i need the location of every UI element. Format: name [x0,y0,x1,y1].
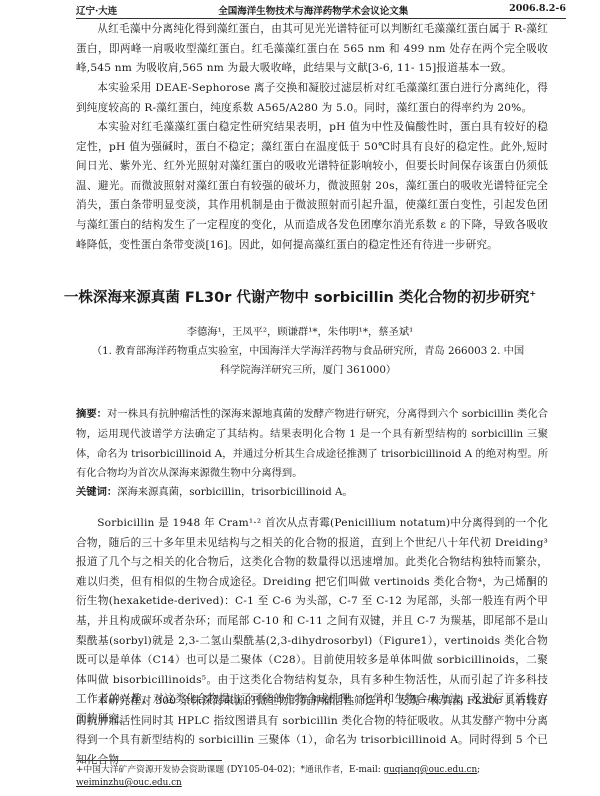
footnote-separator: ; [477,765,480,775]
title-footnote-mark: + [529,289,536,298]
keywords-label: 关键词： [76,486,117,498]
abstract-text: 对一株具有抗肿瘤活性的深海来源地真菌的发酵产物进行研究，分离得到六个 sorbi… [76,408,548,479]
email-link-2[interactable]: weiminzhu@ouc.edu.cn [76,778,182,788]
keywords-text: 深海来源真菌，sorbicillin，trisorbicillinoid A。 [117,486,353,498]
keywords: 关键词：深海来源真菌，sorbicillin，trisorbicillinoid… [76,483,548,498]
email-link-1[interactable]: guqianq@ouc.edu.cn [383,765,477,775]
abstract-label: 摘要： [76,408,107,420]
header-date: 2006.8.2-6 [509,3,566,17]
body-paragraph-2: 本研究在对 300 余株深海来源的微生物的抗肿瘤活性筛选中，发现一株真菌 FL3… [76,692,548,770]
prev-paragraph-1: 从红毛藻中分离纯化得到藻红蛋白，由其可见光光谱特征可以判断红毛藻藻红蛋白属于 R… [76,20,548,79]
affiliation-line-2: 科学院海洋研究三所，厦门 361000） [88,361,528,380]
prev-paragraph-3: 本实验对红毛藻藻红蛋白稳定性研究结果表明，pH 值为中性及偏酸性时，蛋白具有较好… [76,118,548,255]
header-location: 辽宁·大连 [76,3,117,17]
header-proceedings-title: 全国海洋生物技术与海洋药物学术会议论文集 [218,3,408,17]
article-title-text: 一株深海来源真菌 FL30r 代谢产物中 sorbicillin 类化合物的初步… [64,290,530,306]
affiliation-line-1: （1. 教育部海洋药物重点实验室，中国海洋大学海洋药物与食品研究所，青岛 266… [88,342,528,361]
affiliations: （1. 教育部海洋药物重点实验室，中国海洋大学海洋药物与食品研究所，青岛 266… [88,342,528,380]
footnote-rule [76,760,222,761]
header-rule [76,18,566,19]
prev-paragraph-2: 本实验采用 DEAE-Sephorose 离子交换和凝胶过滤层析对红毛藻藻红蛋白… [76,79,548,118]
footnote: +中国大洋矿产资源开发协会资助课题 (DY105-04-02)；*通讯作者，E-… [76,764,556,790]
authors: 李德海¹，王凤平²，顾谦群¹*，朱伟明¹*，蔡圣斌¹ [40,323,560,338]
article-title: 一株深海来源真菌 FL30r 代谢产物中 sorbicillin 类化合物的初步… [40,286,560,307]
footnote-text: +中国大洋矿产资源开发协会资助课题 (DY105-04-02)；*通讯作者，E-… [76,765,383,775]
running-header: 辽宁·大连 全国海洋生物技术与海洋药物学术会议论文集 2006.8.2-6 [76,3,566,17]
abstract: 摘要：对一株具有抗肿瘤活性的深海来源地真菌的发酵产物进行研究，分离得到六个 so… [76,405,548,484]
